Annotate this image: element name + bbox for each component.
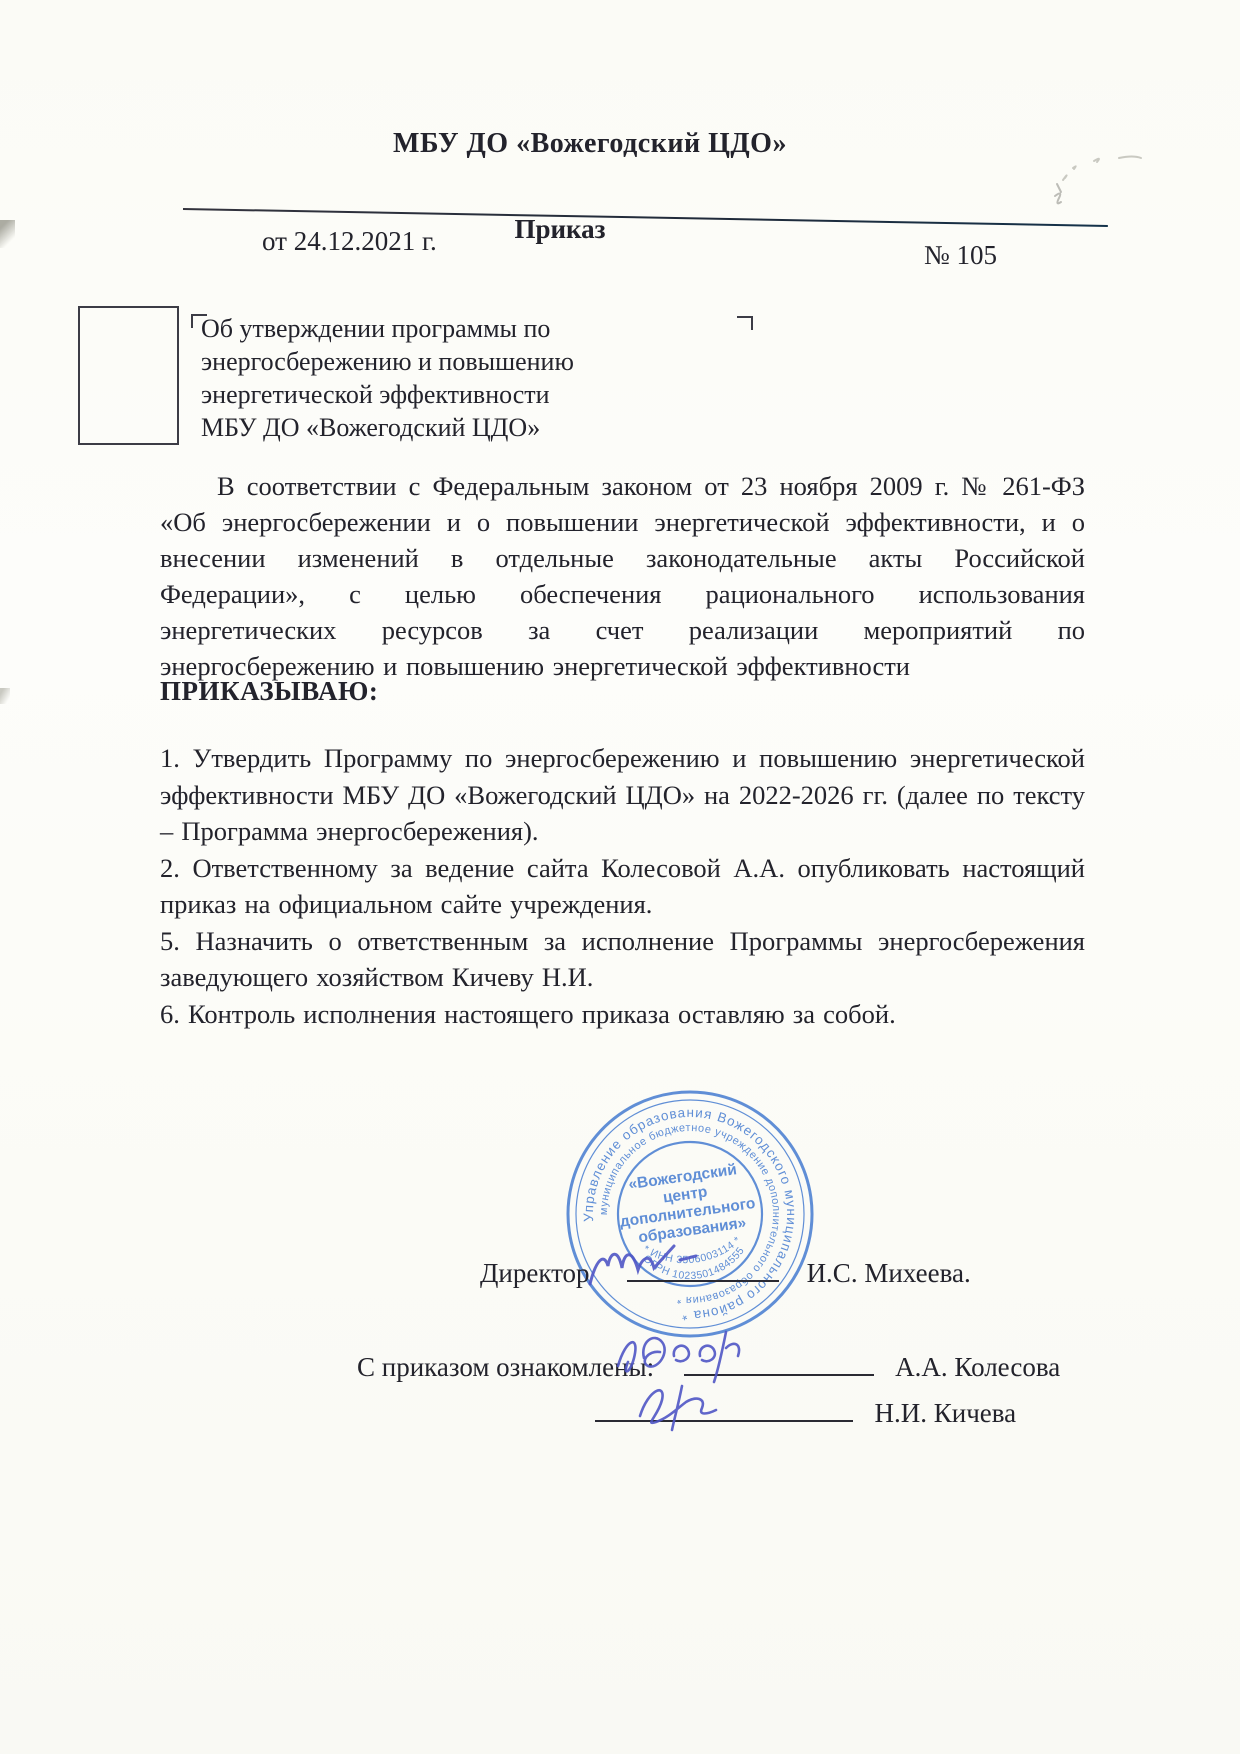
intro-paragraph: В соответствии с Федеральным законом от … [160, 468, 1085, 684]
ack-signature-line-1 [684, 1350, 874, 1376]
ack-row-1: С приказом ознакомлены: А.А. Колесова [357, 1350, 1060, 1383]
subject-block: Об утверждении программы по энергосбереж… [201, 312, 761, 444]
subject-line: МБУ ДО «Вожегодский ЦДО» [201, 411, 761, 444]
official-stamp: Управление образования Вожегодского муни… [562, 1086, 818, 1342]
doc-date: от 24.12.2021 г. [262, 226, 437, 257]
order-item: 6. Контроль исполнения настоящего приказ… [160, 996, 1085, 1033]
subject-line: энергетической эффективности [201, 378, 761, 411]
doc-number: № 105 [924, 240, 997, 271]
director-name: И.С. Михеева. [807, 1258, 971, 1288]
svg-text:«Вожегодский центр: «Вожегодский центр дополнительного образ… [614, 1159, 763, 1249]
order-word: ПРИКАЗЫВАЮ: [160, 676, 378, 707]
org-name: МБУ ДО «Вожегодский ЦДО» [0, 128, 1180, 160]
order-item: 1. Утвердить Программу по энергосбережен… [160, 740, 1085, 850]
director-signature-line [627, 1256, 779, 1282]
scan-artifact [0, 688, 10, 704]
empty-stamp-box [78, 306, 179, 445]
subject-line: Об утверждении программы по [201, 312, 761, 345]
ack-label: С приказом ознакомлены: [357, 1352, 654, 1382]
order-item: 2. Ответственному за ведение сайта Колес… [160, 850, 1085, 923]
subject-line: энергосбережению и повышению [201, 345, 761, 378]
ack-name-2: Н.И. Кичева [875, 1398, 1017, 1428]
director-signature-row: Директор И.С. Михеева. [480, 1256, 971, 1289]
ack-row-2: Н.И. Кичева [595, 1396, 1016, 1429]
order-items: 1. Утвердить Программу по энергосбережен… [160, 740, 1085, 1032]
ack-name-1: А.А. Колесова [895, 1352, 1060, 1382]
order-item: 5. Назначить о ответственным за исполнен… [160, 923, 1085, 996]
scanned-order-page: МБУ ДО «Вожегодский ЦДО» Приказ от 24.12… [0, 0, 1240, 1754]
pencil-scribble [1015, 138, 1165, 218]
scan-artifact [0, 220, 15, 248]
ack-signature-line-2 [595, 1396, 853, 1422]
director-label: Директор [480, 1258, 590, 1288]
